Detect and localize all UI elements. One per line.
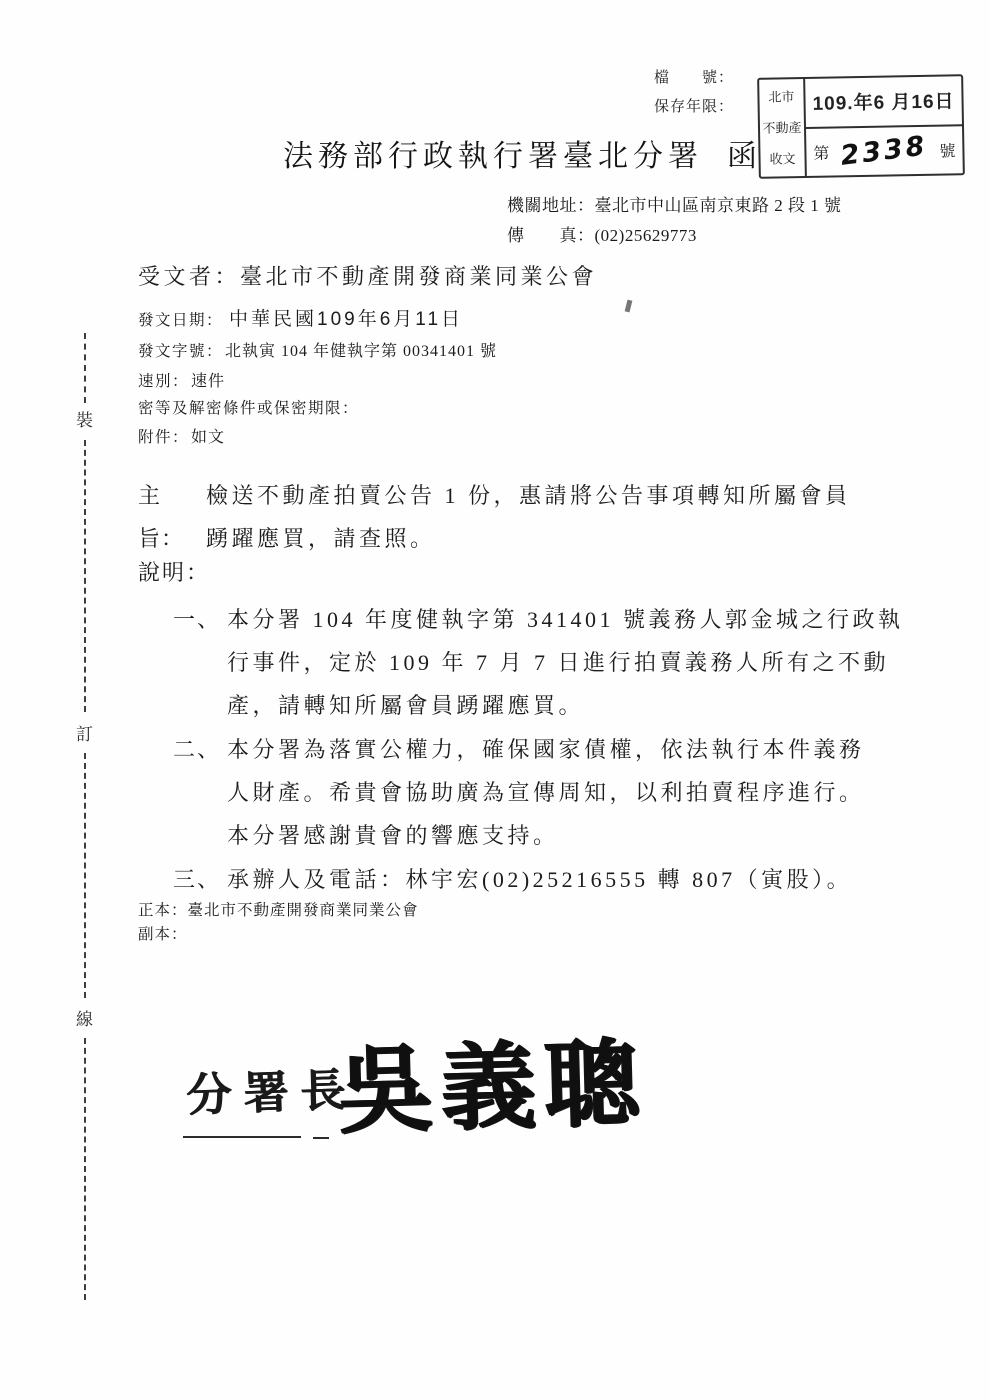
ref-number-label: 發文字號： <box>138 343 223 360</box>
issue-date-label: 發文日期： <box>138 312 223 329</box>
item-number: 二、 <box>173 728 227 857</box>
description-item-2: 二、 本分署為落實公權力，確保國家債權，依法執行本件義務 人財產。希貴會協助廣為… <box>173 728 865 857</box>
ref-number-value: 北執寅 104 年健執字第 00341401 號 <box>225 343 497 360</box>
stamp-org-line1: 北市 <box>768 90 794 104</box>
agency-address-line: 機關地址：臺北市中山區南京東路 2 段 1 號 <box>507 191 842 221</box>
signature-title: 分署長 <box>185 1053 358 1124</box>
speed-line: 速別：速件 <box>138 368 225 391</box>
attachment-label: 附件： <box>138 429 189 446</box>
recipient-value: 臺北市不動產開發商業同業公會 <box>240 264 597 289</box>
ink-mark <box>625 300 633 313</box>
item-text: 承辦人及電話：林宇宏(02)25216555 轉 807（寅股）。 <box>227 858 852 901</box>
archive-labels: 檔 號： 保存年限： <box>654 64 734 122</box>
binding-dash-segment <box>84 333 86 403</box>
stamp-org-line2: 不動產 <box>762 121 801 135</box>
description-label: 說明： <box>138 556 210 587</box>
binding-mark-ding: 訂 <box>76 720 93 745</box>
stamp-org-line3: 收文 <box>769 152 795 166</box>
receipt-stamp: 北市 不動產 收文 109.年6 月16日 第 2338 號 <box>757 74 965 179</box>
subject-block: 主旨： 檢送不動產拍賣公告 1 份，惠請將公告事項轉知所屬會員 踴躍應買，請查照… <box>138 474 851 560</box>
security-line: 密等及解密條件或保密期限： <box>138 396 359 418</box>
receipt-stamp-number-row: 第 2338 號 <box>806 126 963 176</box>
carbon-copy-line: 副本： <box>138 923 419 947</box>
document-type: 函 <box>727 131 762 175</box>
signature-name: 吳義聰 <box>336 1008 648 1152</box>
fax-value: (02)25629773 <box>595 226 697 245</box>
binding-dash-segment <box>84 1038 86 1300</box>
recipient-label: 受文者： <box>138 264 240 289</box>
subject-line-1: 檢送不動產拍賣公告 1 份，惠請將公告事項轉知所屬會員 <box>206 474 851 517</box>
agency-fax-line: 傳 真：(02)25629773 <box>507 221 842 251</box>
recipient-line: 受文者：臺北市不動產開發商業同業公會 <box>138 260 597 291</box>
security-label: 密等及解密條件或保密期限： <box>138 400 359 417</box>
binding-dash-segment <box>84 753 86 998</box>
signature-underline <box>183 1136 301 1138</box>
issue-date-value: 中華民國109年6月11日 <box>229 309 463 330</box>
agency-contact-block: 機關地址：臺北市中山區南京東路 2 段 1 號 傳 真：(02)25629773 <box>507 191 842 251</box>
receipt-stamp-org: 北市 不動產 收文 <box>759 79 807 177</box>
item-line: 產，請轉知所屬會員踴躍應買。 <box>227 684 904 727</box>
document-title-row: 法務部行政執行署臺北分署 函 <box>283 131 762 175</box>
original-copy-label: 正本： <box>138 902 188 919</box>
subject-line-2: 踴躍應買，請查照。 <box>206 517 851 560</box>
item-line: 本分署為落實公權力，確保國家債權，依法執行本件義務 <box>227 728 865 771</box>
original-copy-value: 臺北市不動產開發商業同業公會 <box>188 902 419 919</box>
binding-dash-segment <box>84 440 86 712</box>
item-line: 人財產。希貴會協助廣為宣傳周知，以利拍賣程序進行。 <box>227 771 865 814</box>
item-line: 本分署感謝貴會的響應支持。 <box>227 814 865 857</box>
stamp-number-handwritten: 2338 <box>839 130 929 171</box>
speed-label: 速別： <box>138 373 189 390</box>
item-line: 行事件，定於 109 年 7 月 7 日進行拍賣義務人所有之不動 <box>227 641 904 684</box>
subject-text: 檢送不動產拍賣公告 1 份，惠請將公告事項轉知所屬會員 踴躍應買，請查照。 <box>206 474 851 560</box>
item-line: 本分署 104 年度健執字第 341401 號義務人郭金城之行政執 <box>227 598 904 641</box>
address-label: 機關地址： <box>507 196 595 215</box>
description-item-3: 三、 承辦人及電話：林宇宏(02)25216555 轉 807（寅股）。 <box>173 858 852 901</box>
binding-mark-xian: 線 <box>76 1005 93 1030</box>
stamp-number-prefix: 第 <box>813 140 829 163</box>
file-no-label: 檔 號： <box>654 64 734 93</box>
scanned-official-letter: 裝 訂 線 檔 號： 保存年限： 北市 不動產 收文 109.年6 月16日 第… <box>0 0 990 1400</box>
item-text: 本分署 104 年度健執字第 341401 號義務人郭金城之行政執 行事件，定於… <box>227 598 904 727</box>
item-number: 三、 <box>173 858 227 901</box>
signature-underline-dash <box>313 1137 329 1139</box>
item-text: 本分署為落實公權力，確保國家債權，依法執行本件義務 人財產。希貴會協助廣為宣傳周… <box>227 728 865 857</box>
address-value: 臺北市中山區南京東路 2 段 1 號 <box>595 196 842 215</box>
receipt-stamp-date: 109.年6 月16日 <box>805 76 962 128</box>
agency-name: 法務部行政執行署臺北分署 <box>283 131 703 175</box>
original-copy-line: 正本：臺北市不動產開發商業同業公會 <box>138 899 419 923</box>
subject-label: 主旨： <box>138 474 206 560</box>
binding-mark-zhuang: 裝 <box>76 406 93 431</box>
description-item-1: 一、 本分署 104 年度健執字第 341401 號義務人郭金城之行政執 行事件… <box>173 598 904 727</box>
stamp-number-suffix: 號 <box>939 138 955 161</box>
copies-block: 正本：臺北市不動產開發商業同業公會 副本： <box>138 899 419 947</box>
carbon-copy-label: 副本： <box>138 926 188 943</box>
item-line: 承辦人及電話：林宇宏(02)25216555 轉 807（寅股）。 <box>227 858 852 901</box>
fax-label: 傳 真： <box>507 226 595 245</box>
attachment-value: 如文 <box>191 429 225 446</box>
ref-number-line: 發文字號：北執寅 104 年健執字第 00341401 號 <box>138 338 497 361</box>
item-number: 一、 <box>173 598 227 727</box>
speed-value: 速件 <box>191 373 225 390</box>
attachment-line: 附件：如文 <box>138 424 225 447</box>
retention-label: 保存年限： <box>654 93 734 122</box>
issue-date-line: 發文日期：中華民國109年6月11日 <box>138 304 463 331</box>
